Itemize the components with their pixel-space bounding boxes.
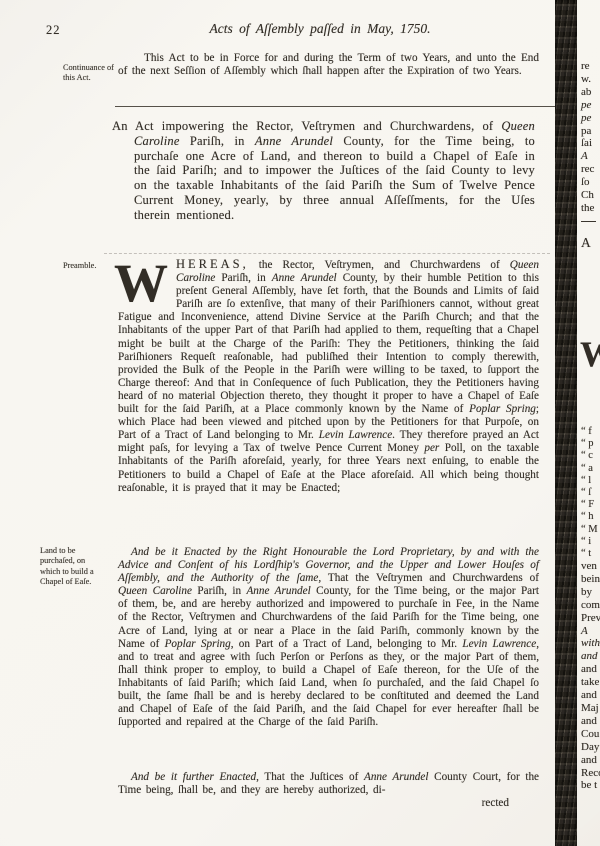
- facing-lower-lines: venbeinbycomPrevAwithandandtakeandMajand…: [581, 560, 600, 792]
- faint-rule: [104, 253, 550, 254]
- running-title: Acts of Aſſembly paſſed in May, 1750.: [110, 21, 530, 37]
- paragraph-continuance: This Act to be in Force for and during t…: [118, 52, 539, 78]
- preamble-text: HEREAS, the Rector, Veſtrymen, and Churc…: [118, 259, 539, 494]
- act-title: An Act impowering the Rector, Veſtrymen …: [112, 119, 535, 223]
- dropcap-w: W: [114, 259, 172, 310]
- page-number: 22: [46, 23, 61, 38]
- facing-rule: [581, 221, 596, 222]
- facing-top-lines: rew.abpepepaſaiArecſoChthe: [581, 60, 594, 215]
- facing-page-edge: rew.abpepepaſaiArecſoChthe A W “ f“ p“ c…: [579, 0, 600, 846]
- paragraph-further-enacted: And be it further Enacted, That the Juſt…: [118, 771, 539, 797]
- margin-note-continuance: Continuance of this Act.: [63, 63, 119, 84]
- facing-dropcap-w: W: [580, 334, 600, 374]
- paragraph-enacting-clause: And be it Enacted by the Right Honourabl…: [118, 546, 539, 729]
- binding-gutter-shadow: [555, 0, 577, 846]
- catchword: rected: [118, 797, 509, 809]
- margin-note-land-purchase: Land to be purchaſed, on which to build …: [40, 546, 100, 588]
- margin-note-preamble: Preamble.: [63, 261, 119, 271]
- paragraph-preamble: WHEREAS, the Rector, Veſtrymen, and Chur…: [118, 258, 539, 495]
- facing-quoted-lines: “ f“ p“ c“ a“ l“ ſ“ F“ h“ M“ i“ t: [581, 426, 598, 560]
- section-rule: [115, 106, 562, 107]
- scanned-page: 22 Acts of Aſſembly paſſed in May, 1750.…: [0, 0, 600, 846]
- facing-section-letter: A: [581, 235, 591, 251]
